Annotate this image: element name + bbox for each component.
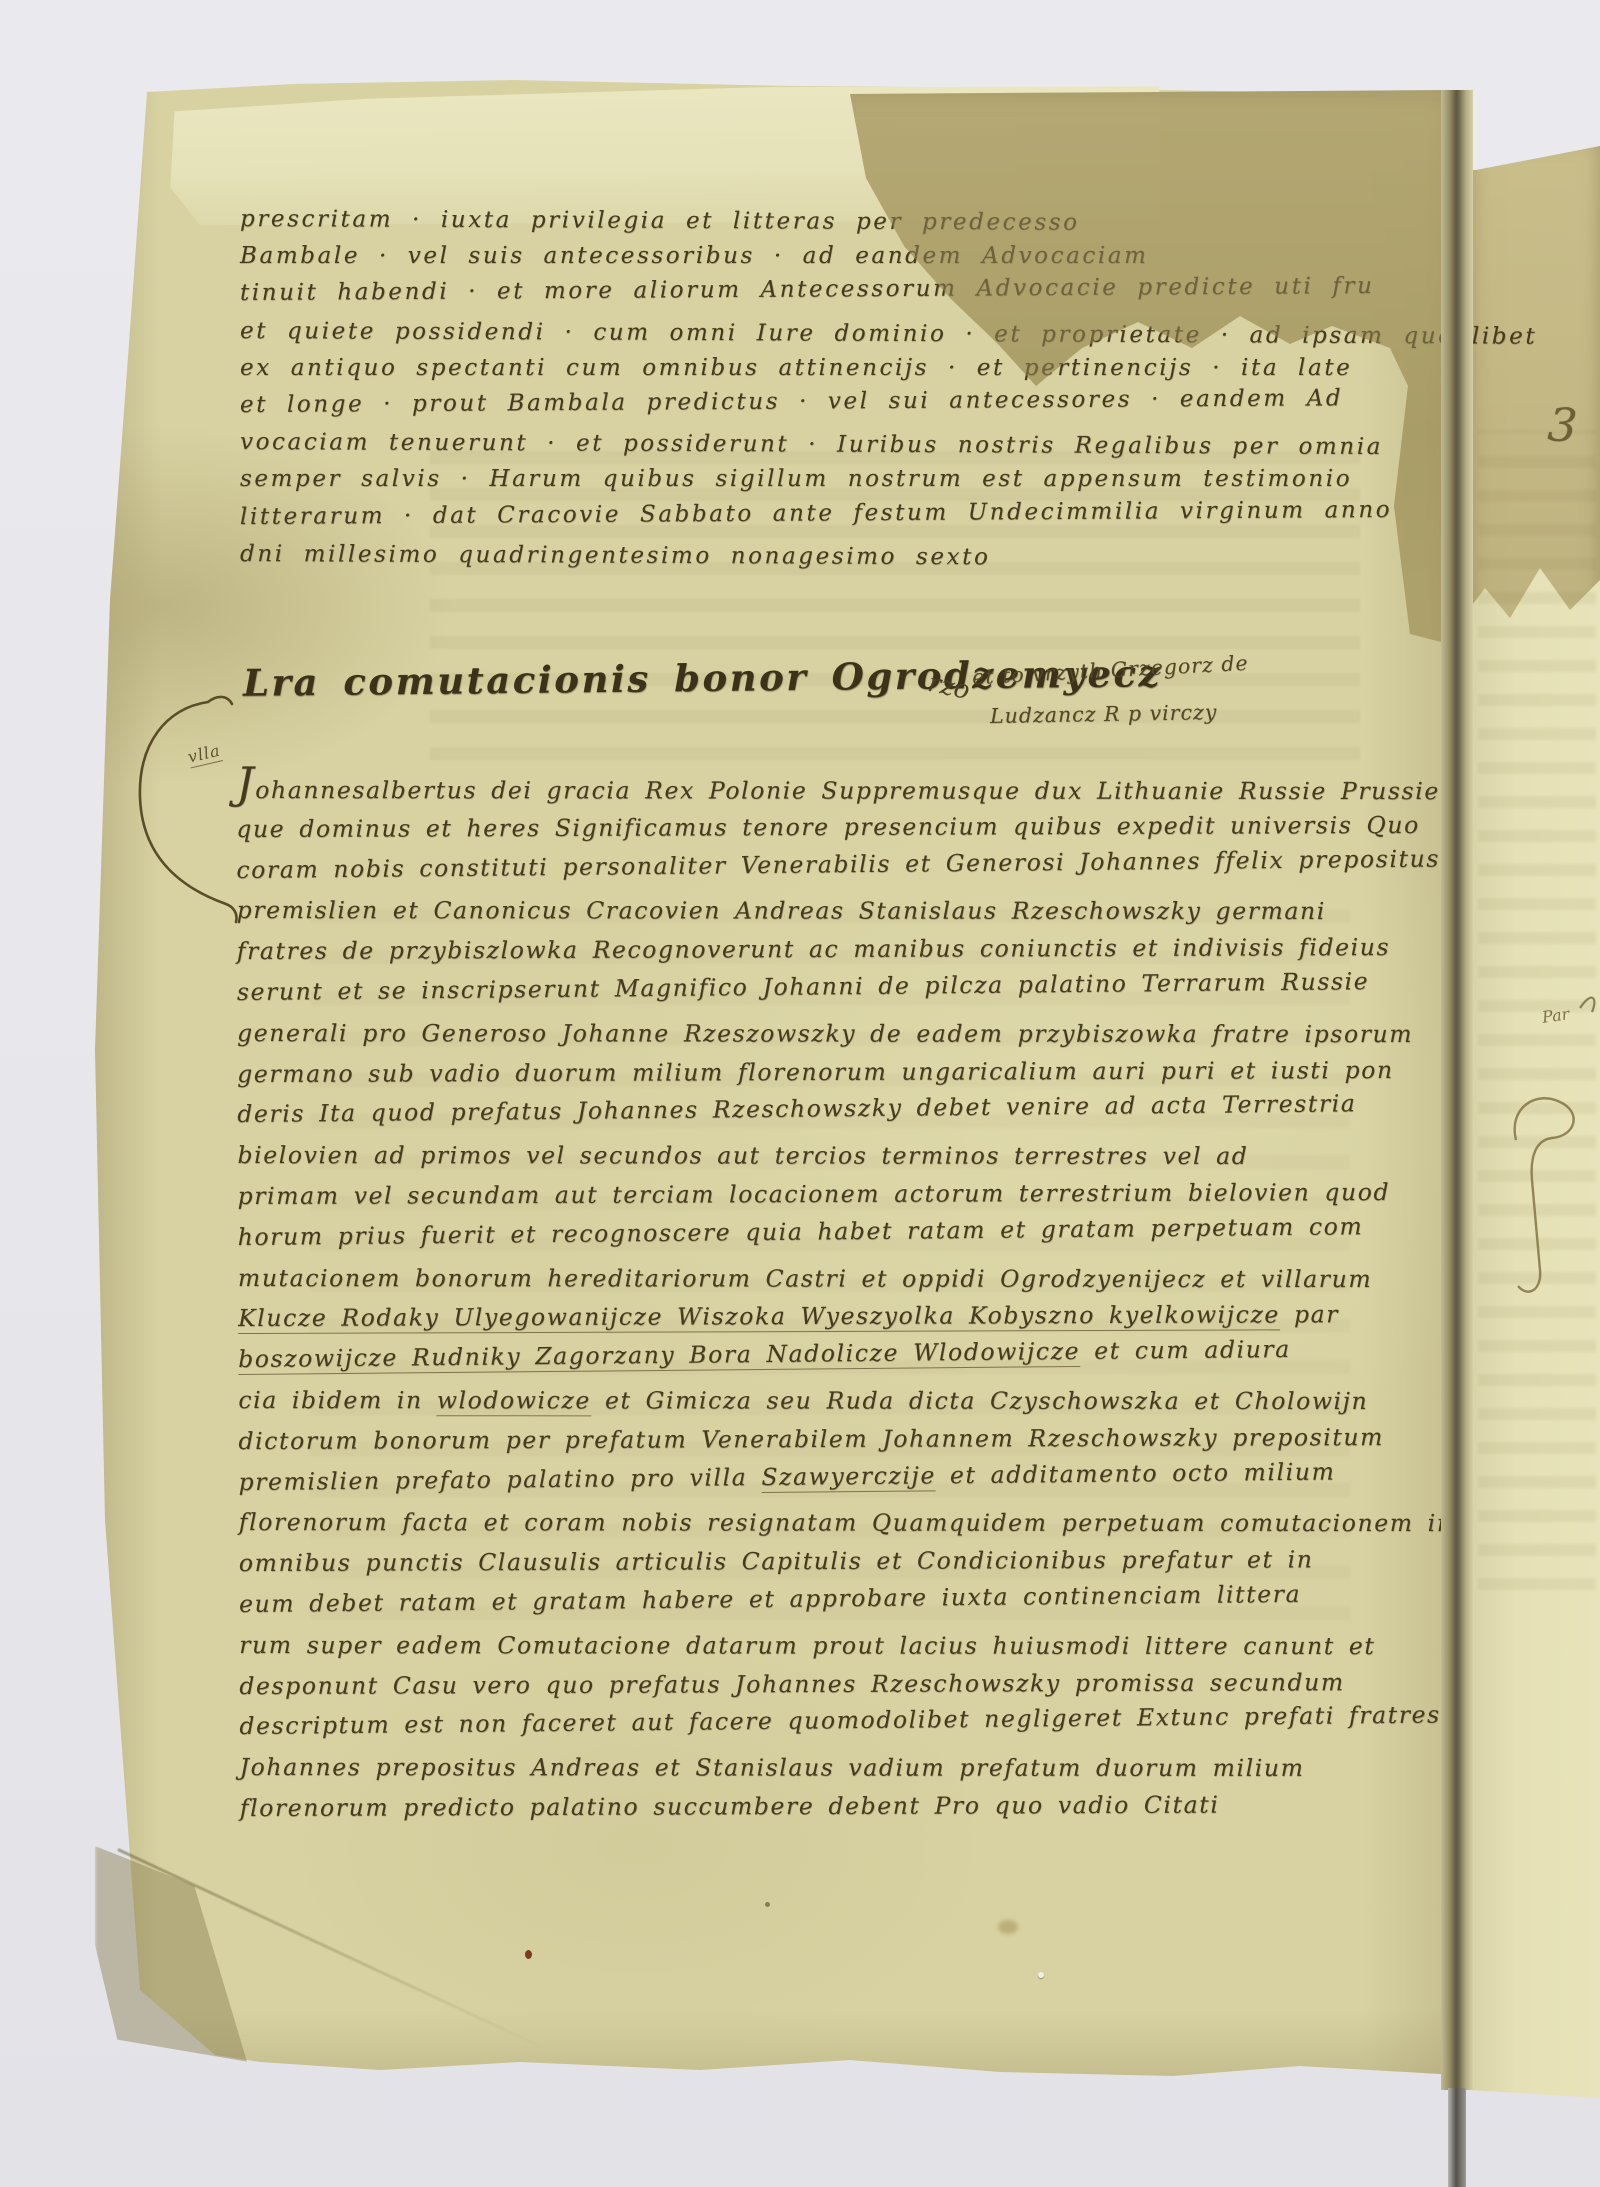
text-segment: premislien prefato palatino pro villa [238, 1463, 761, 1496]
ink-spot-red [525, 1950, 532, 1959]
binding-gutter-tail [1448, 2088, 1466, 2187]
manuscript-line: Johannesalbertus dei gracia Rex Polonie … [236, 774, 1396, 816]
manuscript-scan: 3 Par prescritam · iuxta privilegia et l… [0, 0, 1600, 2187]
folio-number: 3 [1546, 397, 1579, 453]
manuscript-line: tinuit habendi · et more aliorum Anteces… [240, 273, 1405, 317]
manuscript-line: mutacionem bonorum hereditariorum Castri… [238, 1264, 1398, 1306]
ink-spot-small [765, 1902, 770, 1907]
text-segment: et Gimicza seu Ruda dicta Czyschowszka e… [591, 1386, 1368, 1415]
pen-flourish-icon [1488, 840, 1598, 1300]
manuscript-line: premislien et Canonicus Cracovien Andrea… [237, 896, 1397, 938]
binding-gutter [1441, 90, 1473, 2090]
heading-annotation-line2: Ludzancz R p virczy [990, 700, 1218, 728]
manuscript-line: Johannes prepositus Andreas et Stanislau… [240, 1753, 1400, 1795]
manuscript-line: et longe · prout Bambala predictus · vel… [240, 385, 1405, 429]
underlined-place-name: Klucze Rodaky Ulyegowanijcze Wiszoka Wye… [238, 1301, 1280, 1335]
manuscript-line: florenorum predicto palatino succumbere … [240, 1790, 1400, 1835]
next-page: 3 Par [1470, 140, 1600, 2100]
underlined-place-name: wlodowicze [437, 1386, 591, 1416]
manuscript-line: dni millesimo quadringentesimo nonagesim… [240, 541, 1405, 583]
manuscript-line: florenorum facta et coram nobis resignat… [239, 1508, 1399, 1550]
stain-spot [998, 1920, 1018, 1934]
underlined-place-name: Szawyerczije [761, 1461, 936, 1493]
manuscript-line: litterarum · dat Cracovie Sabbato ante f… [240, 496, 1405, 540]
manuscript-line: rum super eadem Comutacione datarum prou… [239, 1631, 1399, 1673]
manuscript-line: vocaciam tenuerunt · et possiderunt · Iu… [240, 429, 1405, 471]
manuscript-line: generali pro Generoso Johanne Rzeszowszk… [237, 1019, 1397, 1061]
manuscript-line: et quiete possidendi · cum omni Iure dom… [240, 318, 1405, 360]
text-segment: et additamento octo milium [936, 1457, 1336, 1489]
next-page-partial-word: Par [1541, 1004, 1571, 1027]
manuscript-line: cia ibidem in wlodowicze et Gimicza seu … [238, 1386, 1398, 1428]
text-segment: cia ibidem in [238, 1386, 436, 1414]
body-text-block: Johannesalbertus dei gracia Rex Polonie … [236, 770, 1400, 1835]
manuscript-line: bielovien ad primos vel secundos aut ter… [237, 1141, 1397, 1183]
text-segment: et cum adiura [1080, 1335, 1291, 1365]
parchment-hole [1038, 1972, 1044, 1978]
manuscript-line: prescritam · iuxta privilegia et littera… [240, 206, 1405, 248]
closing-text-block: prescritam · iuxta privilegia et littera… [240, 206, 1405, 578]
